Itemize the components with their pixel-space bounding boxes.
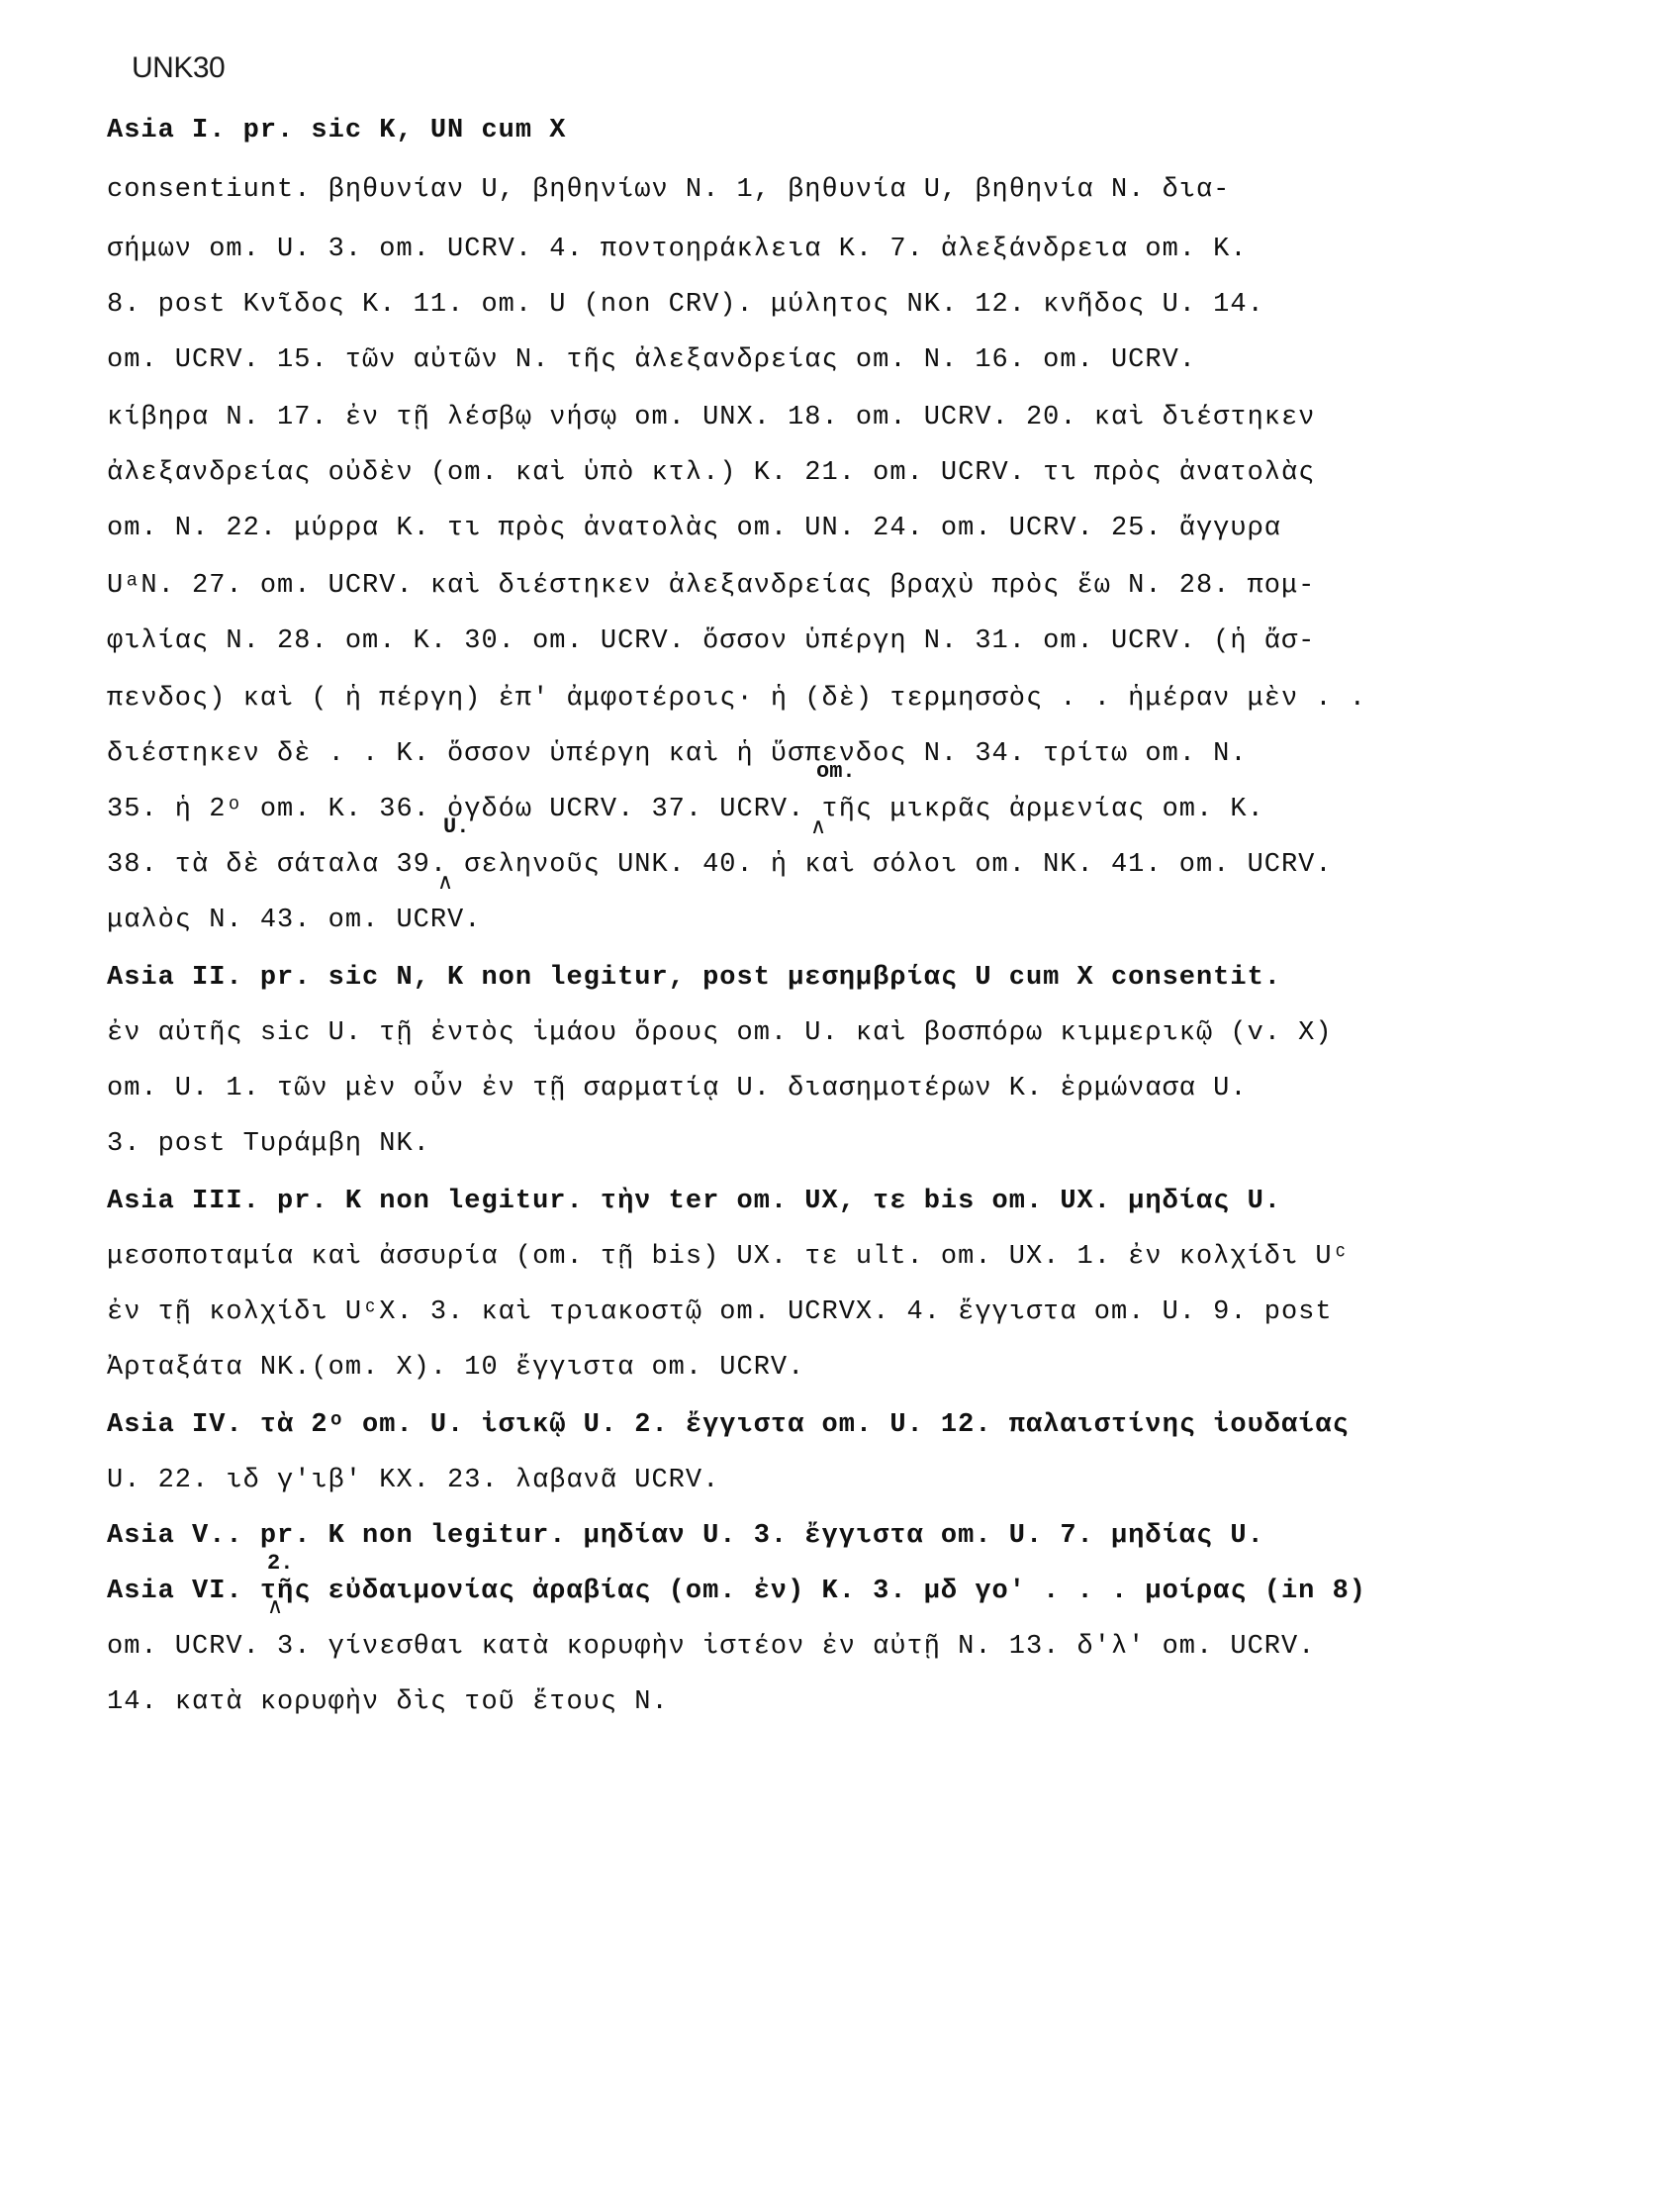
caret-insertion-mark: ∧ bbox=[267, 1587, 283, 1627]
text-line: 8. post Κνῖδος K. 11. om. U (non CRV). μ… bbox=[107, 285, 1264, 325]
text-line: 14. κατὰ κορυφὴν δὶς τοῦ ἔτους N. bbox=[107, 1682, 669, 1722]
text-line: om. UCRV. 3. γίνεσθαι κατὰ κορυφὴν ἰστέο… bbox=[107, 1627, 1315, 1667]
text-line: U. 22. ιδ γ'ιβ' KX. 23. λαβανᾶ UCRV. bbox=[107, 1461, 719, 1500]
text-line: ἐν τῇ κολχίδι UᶜX. 3. καὶ τριακοστῷ om. … bbox=[107, 1293, 1333, 1332]
asia-4-heading-line: Asia IV. τὰ 2ᵒ om. U. ἰσικῷ U. 2. ἔγγιστ… bbox=[107, 1405, 1350, 1445]
text-line: om. U. 1. τῶν μὲν οὖν ἐν τῇ σαρματίᾳ U. … bbox=[107, 1069, 1248, 1108]
text-line: om. UCRV. 15. τῶν αὐτῶν N. τῆς ἀλεξανδρε… bbox=[107, 340, 1196, 380]
text-line: Ἀρταξάτα NK.(om. X). 10 ἔγγιστα om. UCRV… bbox=[107, 1348, 804, 1388]
page-identifier: UNK30 bbox=[132, 51, 225, 85]
text-line: om. N. 22. μύρρα K. τι πρὸς ἀνατολὰς om.… bbox=[107, 509, 1281, 548]
text-line: μεσοποταμία καὶ ἀσσυρία (om. τῇ bis) UX.… bbox=[107, 1237, 1350, 1277]
text-line: κίβηρα N. 17. ἐν τῇ λέσβῳ νήσῳ om. UNX. … bbox=[107, 398, 1315, 437]
interlinear-om-insertion: om. bbox=[816, 752, 856, 792]
asia-6-heading-line: Asia VI. τῆς εὐδαιμονίας ἀραβίας (om. ἐν… bbox=[107, 1572, 1366, 1611]
text-line: φιλίας N. 28. om. K. 30. om. UCRV. ὅσσον… bbox=[107, 622, 1315, 661]
asia-3-heading-line: Asia III. pr. K non legitur. τὴν ter om.… bbox=[107, 1182, 1281, 1221]
caret-insertion-mark: ∧ bbox=[437, 863, 453, 903]
text-line: σήμων om. U. 3. om. UCRV. 4. ποντοηράκλε… bbox=[107, 230, 1248, 269]
text-line: 3. post Τυράμβη NK. bbox=[107, 1124, 430, 1164]
interlinear-u-insertion: U. bbox=[443, 808, 469, 847]
text-line: UᵃN. 27. om. UCRV. καὶ διέστηκεν ἀλεξανδ… bbox=[107, 566, 1315, 606]
text-line: 35. ἡ 2ᵒ om. K. 36. ὀγδόω UCRV. 37. UCRV… bbox=[107, 790, 1264, 829]
text-line: consentiunt. βηθυνίαν U, βηθηνίων N. 1, … bbox=[107, 170, 1230, 210]
text-line: πενδος) καὶ ( ἡ πέργη) ἐπ' ἀμφοτέροις· ἡ… bbox=[107, 679, 1366, 718]
text-line: ἀλεξανδρείας οὐδὲν (om. καὶ ὑπὸ κτλ.) K.… bbox=[107, 453, 1315, 493]
asia-1-heading-line: Asia I. pr. sic K, UN cum X bbox=[107, 111, 566, 150]
text-line: διέστηκεν δὲ . . K. ὅσσον ὑπέργη καὶ ἡ ὕ… bbox=[107, 734, 1248, 774]
text-line: μαλὸς N. 43. om. UCRV. bbox=[107, 901, 481, 940]
caret-insertion-mark: ∧ bbox=[810, 808, 826, 847]
asia-2-heading-line: Asia II. pr. sic N, K non legitur, post … bbox=[107, 958, 1281, 998]
text-line: 38. τὰ δὲ σάταλα 39. σεληνοῦς UNK. 40. ἡ… bbox=[107, 845, 1333, 885]
text-line: ἐν αὐτῆς sic U. τῇ ἐντὸς ἰμάου ὄρους om.… bbox=[107, 1013, 1333, 1053]
